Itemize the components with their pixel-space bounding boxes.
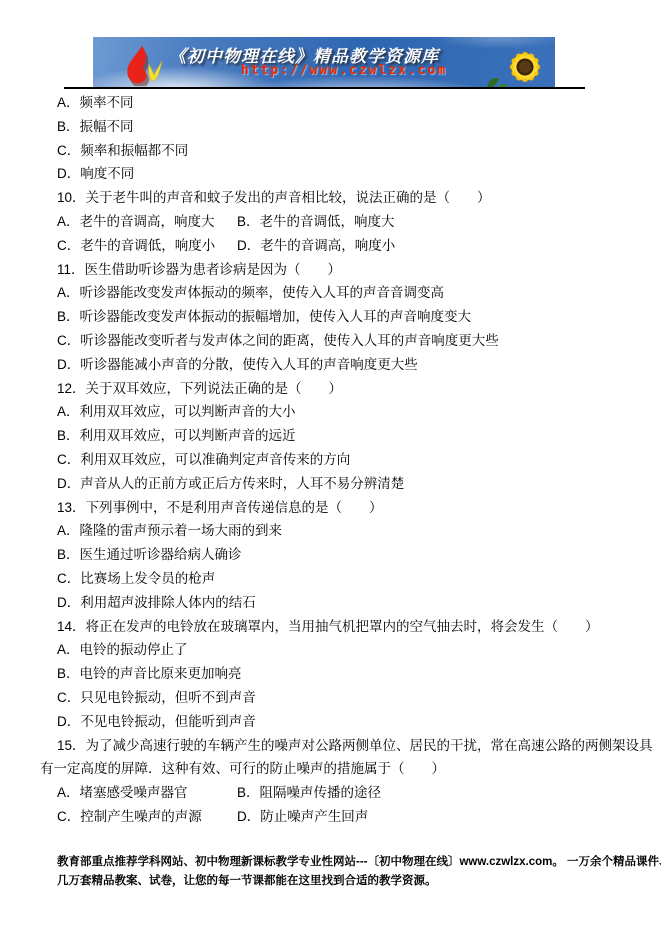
- option-text: D．老牛的音调高，响度小: [237, 238, 395, 253]
- option-text: A．电铃的振动停止了: [40, 638, 640, 662]
- banner-url: http://www.czwlzx.com: [153, 63, 535, 78]
- option-text: D．响度不同: [40, 162, 640, 186]
- option-text: C．频率和振幅都不同: [40, 139, 640, 163]
- option-text: B．医生通过听诊器给病人确诊: [40, 543, 640, 567]
- sunflower-icon: [483, 37, 553, 88]
- header-divider: [64, 87, 585, 89]
- option-text: B．老牛的音调低，响度大: [237, 214, 395, 229]
- question-text: 11．医生借助听诊器为患者诊病是因为（ ）: [40, 258, 640, 282]
- question-text: 15．为了减少高速行驶的车辆产生的噪声对公路两侧单位、居民的干扰，常在高速公路的…: [40, 734, 640, 758]
- option-text: D．听诊器能减小声音的分散，使传入人耳的声音响度更大些: [40, 353, 640, 377]
- option-text: A．老牛的音调高，响度大: [57, 210, 237, 234]
- option-text: C．听诊器能改变听者与发声体之间的距离，使传入人耳的声音响度更大些: [40, 329, 640, 353]
- option-pair-row: A．老牛的音调高，响度大B．老牛的音调低，响度大: [40, 210, 640, 234]
- site-banner: 《初中物理在线》精品教学资源库 http://www.czwlzx.com: [93, 37, 555, 88]
- option-text: B．听诊器能改变发声体振动的振幅增加，使传入人耳的声音响度变大: [40, 305, 640, 329]
- footer-line-1: 教育部重点推荐学科网站、初中物理新课标教学专业性网站---〔初中物理在线〕www…: [40, 853, 635, 872]
- question-text: 13．下列事例中，不是利用声音传递信息的是（ ）: [40, 496, 640, 520]
- option-text: C．控制产生噪声的声源: [57, 805, 237, 829]
- option-text: A．频率不同: [40, 91, 640, 115]
- option-text: D．不见电铃振动，但能听到声音: [40, 710, 640, 734]
- option-text: C．利用双耳效应，可以准确判定声音传来的方向: [40, 448, 640, 472]
- option-pair-row: A．堵塞感受噪声器官B．阻隔噪声传播的途径: [40, 781, 640, 805]
- question-text: 14．将正在发声的电铃放在玻璃罩内，当用抽气机把罩内的空气抽去时，将会发生（ ）: [40, 615, 640, 639]
- option-text: C．只见电铃振动，但听不到声音: [40, 686, 640, 710]
- question-text-continuation: 有一定高度的屏障．这种有效、可行的防止噪声的措施属于（ ）: [40, 757, 640, 781]
- option-text: B．电铃的声音比原来更加响亮: [40, 662, 640, 686]
- option-text: D．利用超声波排除人体内的结石: [40, 591, 640, 615]
- option-text: D．防止噪声产生回声: [237, 809, 368, 824]
- option-text: B．振幅不同: [40, 115, 640, 139]
- question-list: A．频率不同B．振幅不同C．频率和振幅都不同D．响度不同10．关于老牛叫的声音和…: [40, 91, 640, 829]
- option-text: A．利用双耳效应，可以判断声音的大小: [40, 400, 640, 424]
- footer-promo: 教育部重点推荐学科网站、初中物理新课标教学专业性网站---〔初中物理在线〕www…: [40, 853, 635, 891]
- option-text: D．声音从人的正前方或正后方传来时，人耳不易分辨清楚: [40, 472, 640, 496]
- option-text: B．利用双耳效应，可以判断声音的远近: [40, 424, 640, 448]
- option-text: B．阻隔噪声传播的途径: [237, 785, 381, 800]
- option-text: A．隆隆的雷声预示着一场大雨的到来: [40, 519, 640, 543]
- question-text: 12．关于双耳效应，下列说法正确的是（ ）: [40, 377, 640, 401]
- option-pair-row: C．控制产生噪声的声源D．防止噪声产生回声: [40, 805, 640, 829]
- option-text: C．老牛的音调低，响度小: [57, 234, 237, 258]
- question-text: 10．关于老牛叫的声音和蚊子发出的声音相比较，说法正确的是（ ）: [40, 186, 640, 210]
- petals: [509, 51, 541, 83]
- footer-line-2: 几万套精品教案、试卷，让您的每一节课都能在这里找到合适的教学资源。: [40, 872, 635, 891]
- option-text: A．堵塞感受噪声器官: [57, 781, 237, 805]
- option-pair-row: C．老牛的音调低，响度小D．老牛的音调高，响度小: [40, 234, 640, 258]
- option-text: A．听诊器能改变发声体振动的频率，使传入人耳的声音音调变高: [40, 281, 640, 305]
- option-text: C．比赛场上发令员的枪声: [40, 567, 640, 591]
